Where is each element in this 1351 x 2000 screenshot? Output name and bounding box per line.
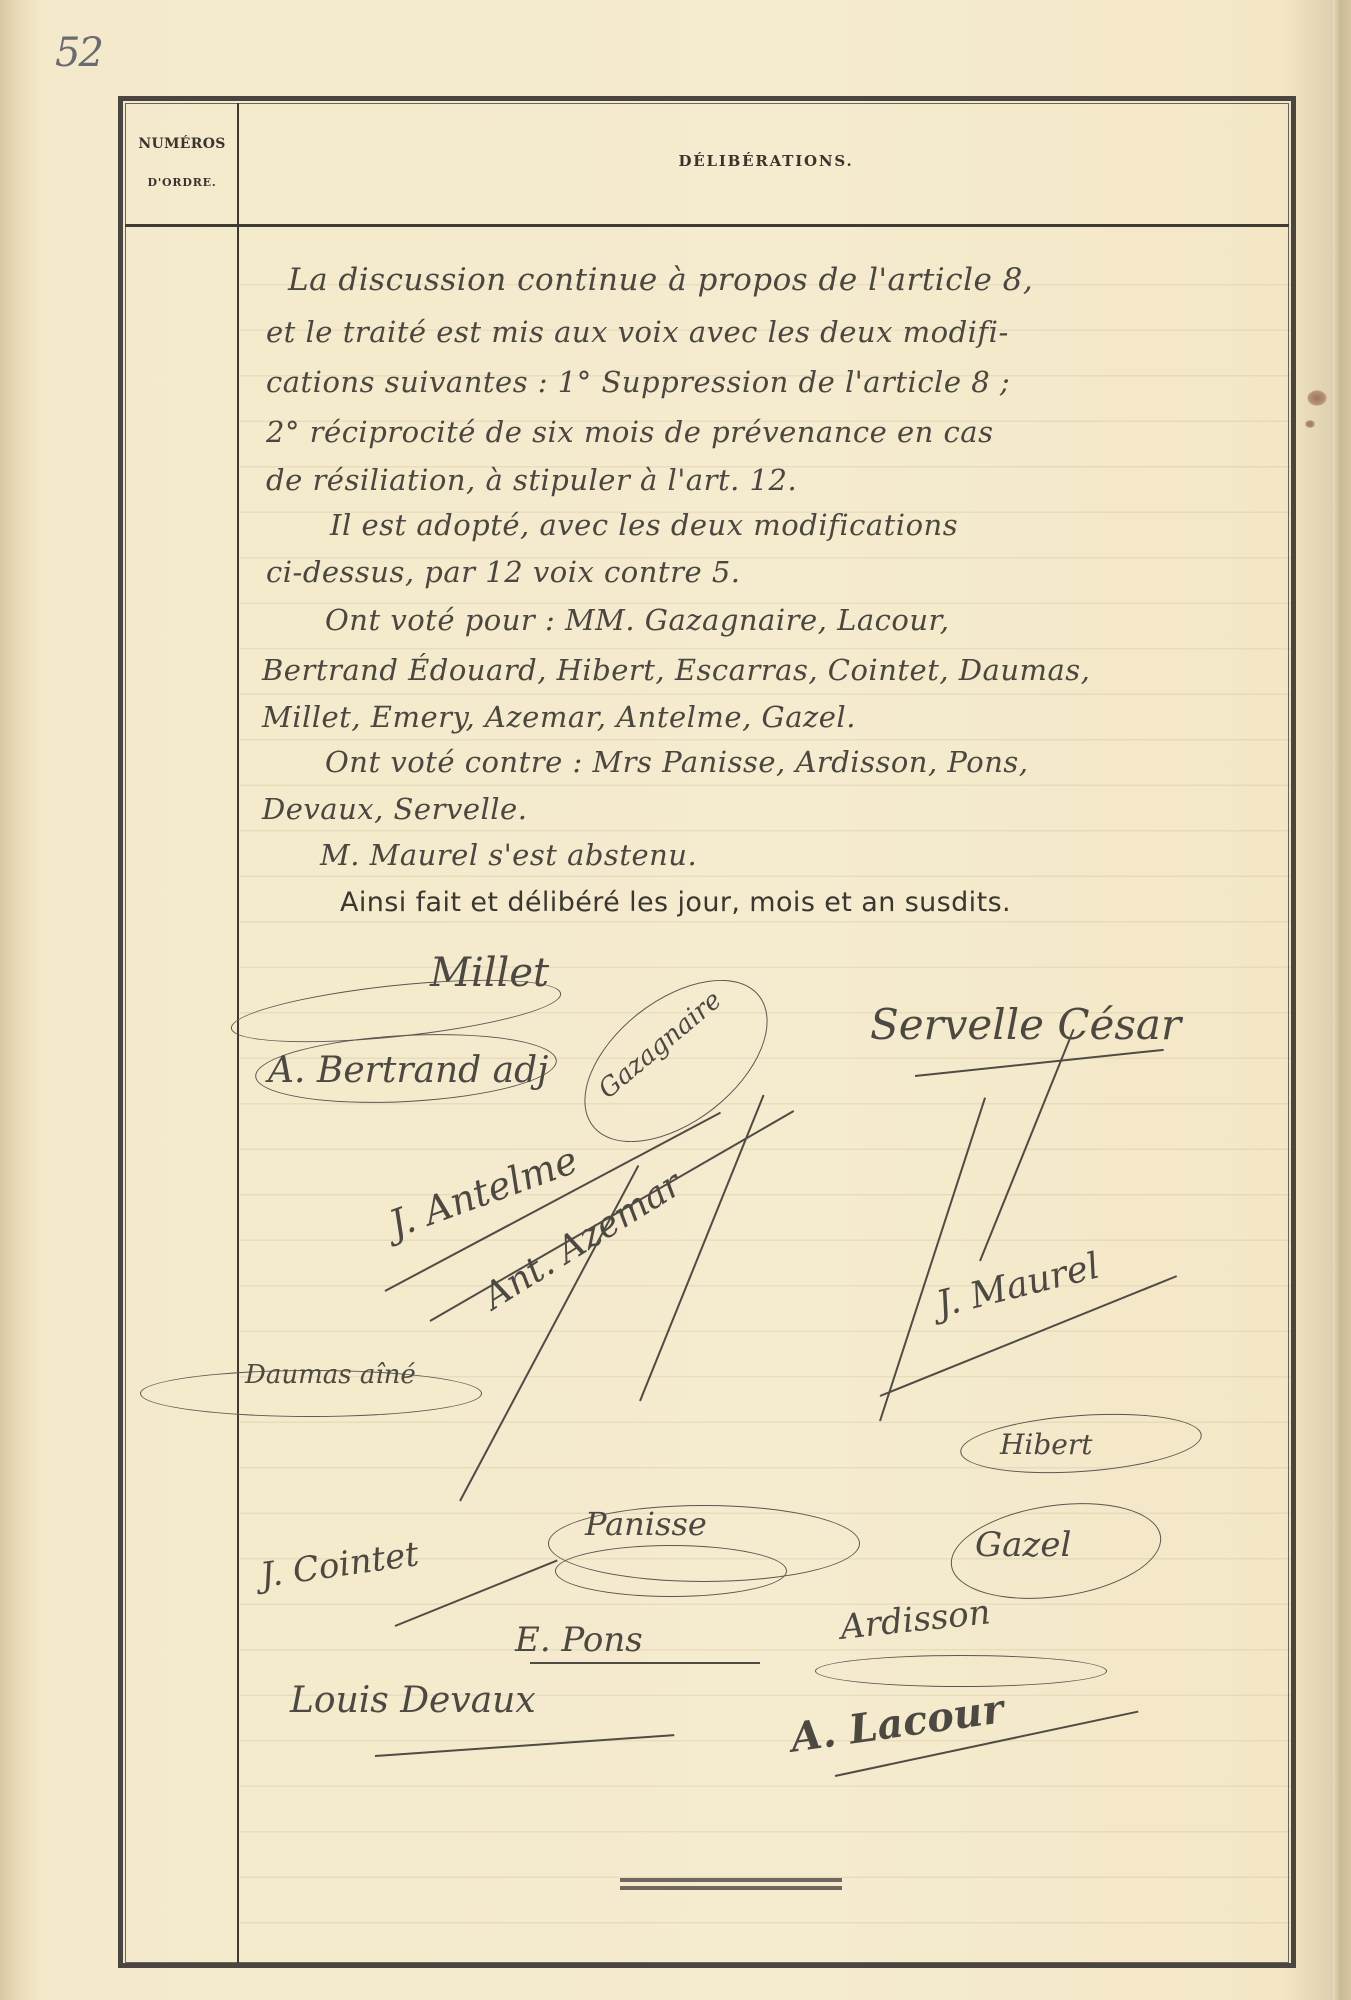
body-line: ci-dessus, par 12 voix contre 5.	[266, 555, 741, 589]
signature: Servelle César	[870, 1000, 1181, 1049]
end-rule	[620, 1886, 842, 1890]
ink-stain	[1307, 390, 1327, 406]
page-edge	[1333, 0, 1351, 2000]
signature-underline	[530, 1662, 760, 1664]
signature: A. Bertrand adj	[268, 1050, 548, 1091]
ink-stain	[1305, 420, 1315, 428]
closing-formula: Ainsi fait et délibéré les jour, mois et…	[340, 887, 1011, 918]
body-line: 2° réciprocité de six mois de prévenance…	[266, 415, 993, 449]
end-rule	[620, 1878, 842, 1882]
body-line: Devaux, Servelle.	[262, 792, 527, 826]
signature: E. Pons	[515, 1620, 643, 1660]
body-line: La discussion continue à propos de l'art…	[288, 262, 1033, 298]
body-line: Ont voté pour : MM. Gazagnaire, Lacour,	[325, 603, 949, 637]
body-line: Millet, Emery, Azemar, Antelme, Gazel.	[262, 700, 856, 734]
signature: Hibert	[1000, 1428, 1093, 1461]
signature: Millet	[430, 950, 549, 996]
body-line: Il est adopté, avec les deux modificatio…	[330, 508, 958, 542]
column-header-ordre: D'ORDRE.	[128, 176, 236, 189]
signature: Panisse	[585, 1505, 707, 1543]
body-line: cations suivantes : 1° Suppression de l'…	[266, 365, 1010, 399]
body-line: Ont voté contre : Mrs Panisse, Ardisson,…	[325, 745, 1029, 779]
body-line: M. Maurel s'est abstenu.	[320, 838, 697, 872]
column-header-deliberations: DÉLIBÉRATIONS.	[240, 152, 1292, 170]
body-line: Bertrand Édouard, Hibert, Escarras, Coin…	[262, 653, 1090, 687]
signature: Gazel	[975, 1525, 1071, 1565]
header-rule	[125, 224, 1289, 227]
body-line: et le traité est mis aux voix avec les d…	[266, 315, 1009, 349]
signature-flourish	[555, 1545, 787, 1597]
register-page: 52 NUMÉROS D'ORDRE. DÉLIBÉRATIONS. La di…	[0, 0, 1351, 2000]
signature-flourish	[815, 1655, 1107, 1687]
body-line: de résiliation, à stipuler à l'art. 12.	[266, 463, 797, 497]
column-header-numeros: NUMÉROS	[128, 136, 236, 152]
page-number: 52	[55, 30, 102, 76]
signature: Daumas aîné	[245, 1360, 416, 1390]
signature: Louis Devaux	[290, 1680, 536, 1721]
